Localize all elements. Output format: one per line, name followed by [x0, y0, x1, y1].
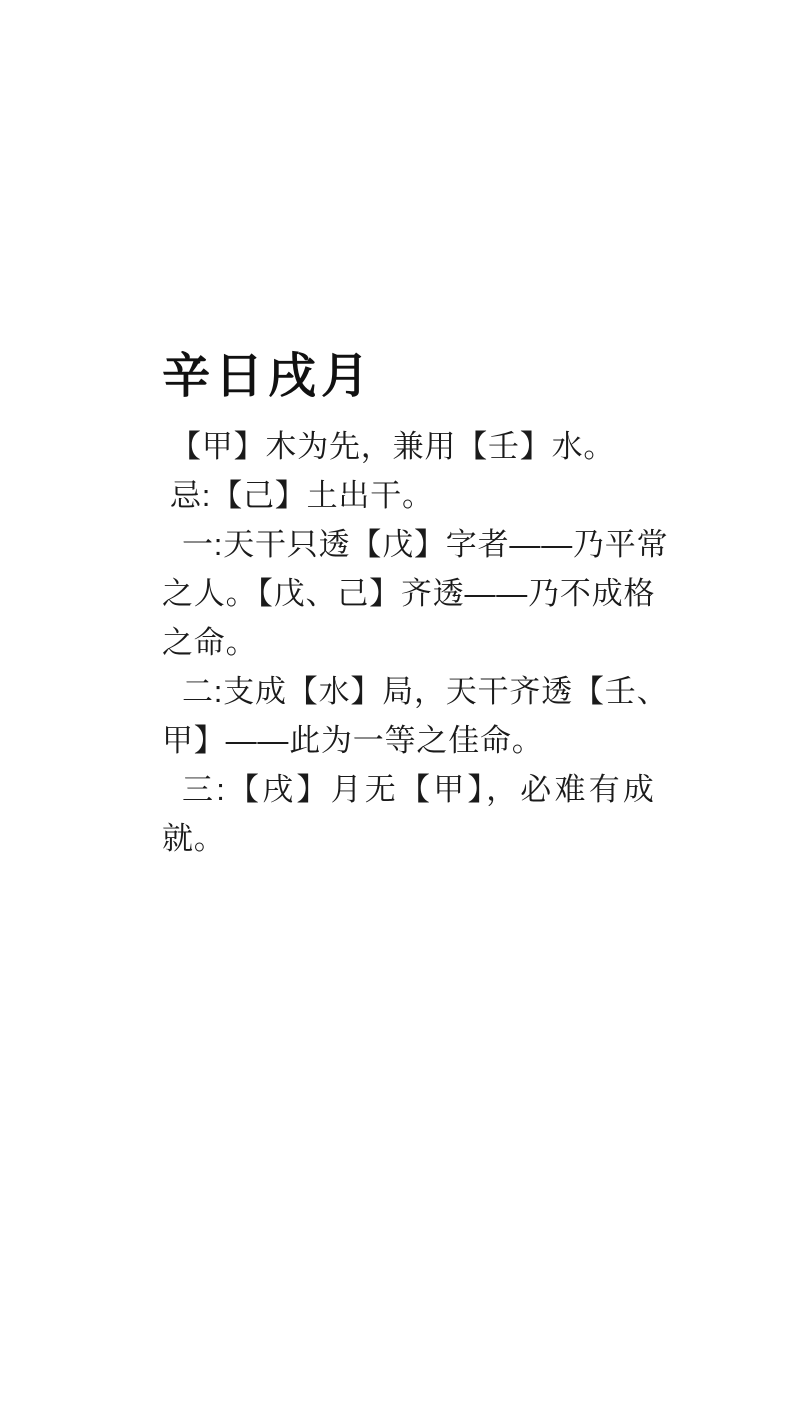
text-line: 忌:【己】土出干。: [162, 471, 682, 520]
text-line: 就。: [162, 814, 682, 863]
text-line: 【甲】木为先，兼用【壬】水。: [162, 422, 682, 471]
text-line: 一:天干只透【戊】字者——乃平常: [162, 520, 682, 569]
text-line: 二:支成【水】局，天干齐透【壬、: [162, 667, 682, 716]
text-line: 三:【戌】月无【甲】，必难有成: [162, 765, 682, 814]
article-body: 辛日戌月 【甲】木为先，兼用【壬】水。 忌:【己】土出干。 一:天干只透【戊】字…: [162, 348, 682, 863]
page-title: 辛日戌月: [162, 348, 682, 406]
document-page: 辛日戌月 【甲】木为先，兼用【壬】水。 忌:【己】土出干。 一:天干只透【戊】字…: [0, 0, 800, 1422]
text-line: 甲】——此为一等之佳命。: [162, 716, 682, 765]
text-line: 之人。【戊、己】齐透——乃不成格: [162, 569, 682, 618]
text-line: 之命。: [162, 618, 682, 667]
